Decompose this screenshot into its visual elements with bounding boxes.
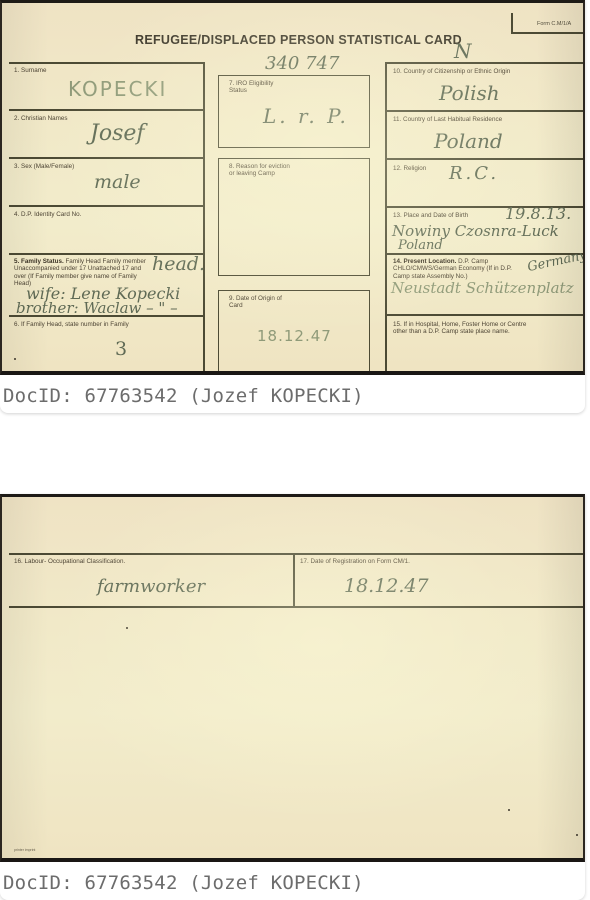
divider — [385, 158, 583, 160]
field-label-bold: 14. Present Location. — [393, 258, 456, 265]
field-label: 11. Country of Last Habitual Residence — [393, 116, 502, 123]
field-value: KOPECKI — [68, 77, 167, 101]
card-number: 340 747 — [265, 53, 339, 74]
speck — [508, 809, 510, 811]
field-value: 18.12.47 — [257, 327, 332, 345]
document-scan-back[interactable]: 16. Labour- Occupational Classification.… — [0, 494, 585, 862]
printer-imprint: printer imprint — [14, 848, 35, 852]
field-label: 10. Country of Citizenship or Ethnic Ori… — [393, 68, 533, 75]
field-value: Germany — [526, 248, 585, 275]
field-label: 7. IRO Eligibility Status — [229, 80, 289, 95]
speck — [14, 358, 16, 360]
form-number-box-left — [511, 13, 513, 33]
doc-id-caption: DocID: 67763542 (Jozef KOPECKI) — [3, 385, 364, 407]
divider — [9, 157, 204, 159]
divider — [9, 205, 204, 207]
field-label: 9. Date of Origin of Card — [229, 295, 289, 310]
divider — [385, 110, 583, 112]
divider — [9, 606, 583, 608]
field-value: R.C. — [449, 163, 499, 184]
top-mark: N — [454, 39, 472, 63]
document-scan-front[interactable]: REFUGEE/DISPLACED PERSON STATISTICAL CAR… — [0, 0, 585, 375]
field-label: 14. Present Location. D.P. Camp CHLO/CMW… — [393, 258, 517, 280]
field-label: 8. Reason for eviction or leaving Camp — [229, 163, 291, 178]
divider — [385, 62, 583, 64]
field-label: 1. Surname — [14, 67, 47, 74]
divider — [9, 62, 204, 64]
field-value: Polish — [439, 81, 500, 105]
divider — [385, 314, 583, 316]
field-label: 6. If Family Head, state number in Famil… — [14, 321, 154, 328]
field-label: 4. D.P. Identity Card No. — [14, 211, 81, 218]
field-value: Josef — [90, 121, 145, 146]
card-title: REFUGEE/DISPLACED PERSON STATISTICAL CAR… — [135, 33, 462, 47]
field-label: 3. Sex (Male/Female) — [14, 163, 74, 170]
field-label: 12. Religion — [393, 165, 426, 172]
form-number: Form C.M/1/A — [537, 21, 571, 27]
document-card-back: 16. Labour- Occupational Classification.… — [0, 494, 585, 900]
form-number-box-bottom — [511, 32, 585, 34]
field-value: head. — [152, 253, 205, 275]
divider — [9, 553, 583, 555]
field-value: 19.8.13. — [505, 204, 571, 223]
field-label: 15. If in Hospital, Home, Foster Home or… — [393, 321, 531, 336]
field-value: 18.12.47 — [344, 575, 429, 597]
field-9-date-of-origin: 9. Date of Origin of Card 18.12.47 — [218, 290, 370, 375]
divider — [9, 315, 204, 317]
divider — [293, 553, 295, 607]
document-card-front: REFUGEE/DISPLACED PERSON STATISTICAL CAR… — [0, 0, 585, 413]
field-value: male — [94, 171, 141, 193]
field-label: 17. Date of Registration on Form CM/1. — [300, 558, 410, 565]
doc-id-caption: DocID: 67763542 (Jozef KOPECKI) — [3, 872, 364, 894]
field-8-reason-for-eviction: 8. Reason for eviction or leaving Camp — [218, 158, 370, 276]
field-value-line3: Poland — [398, 238, 443, 253]
field-7-iro-eligibility: 7. IRO Eligibility Status L. r. P. — [218, 75, 370, 148]
divider — [9, 109, 204, 111]
field-label: 16. Labour- Occupational Classification. — [14, 558, 125, 565]
field-label: 13. Place and Date of Birth — [393, 212, 468, 219]
speck — [126, 627, 128, 629]
field-label: 2. Christian Names — [14, 115, 68, 122]
speck — [576, 834, 578, 836]
field-value: 3 — [115, 338, 127, 360]
divider — [385, 62, 387, 374]
field-value: L. r. P. — [263, 104, 349, 128]
field-label-bold: 5. Family Status. — [14, 258, 64, 265]
field-value-line2: Neustadt Schützenplatz — [391, 279, 573, 297]
field-value: Poland — [434, 129, 503, 153]
field-value: farmworker — [97, 576, 205, 597]
